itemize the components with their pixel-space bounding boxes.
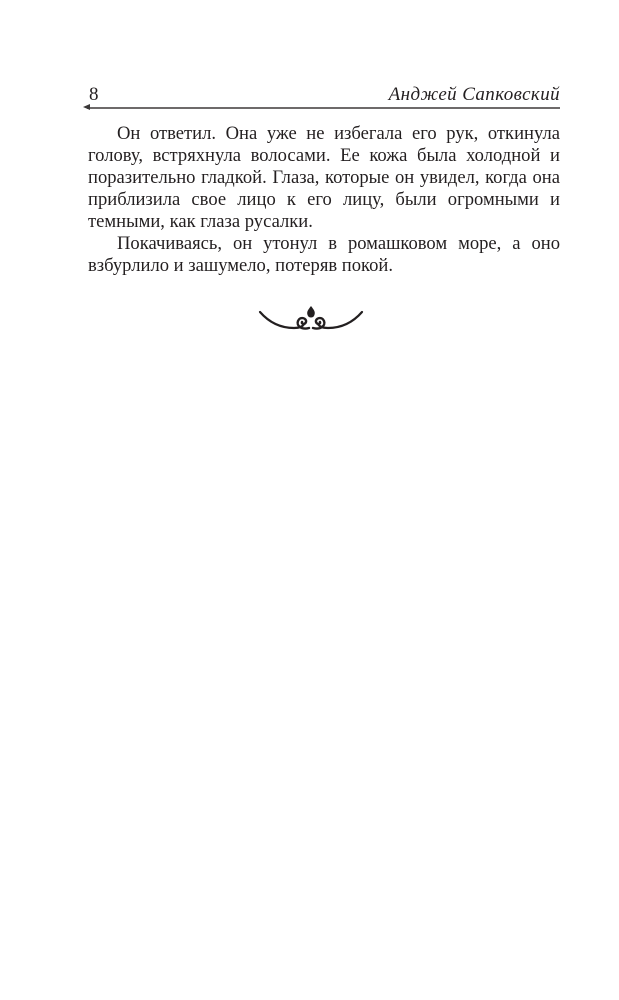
body-text: Он ответил. Она уже не избегала его рук,… bbox=[88, 123, 560, 277]
header-rule bbox=[87, 107, 560, 109]
fleuron-divider-icon bbox=[256, 298, 366, 338]
paragraph: Покачиваясь, он утонул в ромашковом море… bbox=[88, 233, 560, 277]
arrow-left-icon bbox=[83, 104, 90, 110]
running-head-author: Анджей Сапковский bbox=[389, 84, 560, 106]
book-page: 8 Анджей Сапковский Он ответил. Она уже … bbox=[0, 0, 619, 1000]
paragraph: Он ответил. Она уже не избегала его рук,… bbox=[88, 123, 560, 233]
page-header: 8 Анджей Сапковский bbox=[83, 82, 560, 112]
page-number: 8 bbox=[89, 84, 99, 106]
